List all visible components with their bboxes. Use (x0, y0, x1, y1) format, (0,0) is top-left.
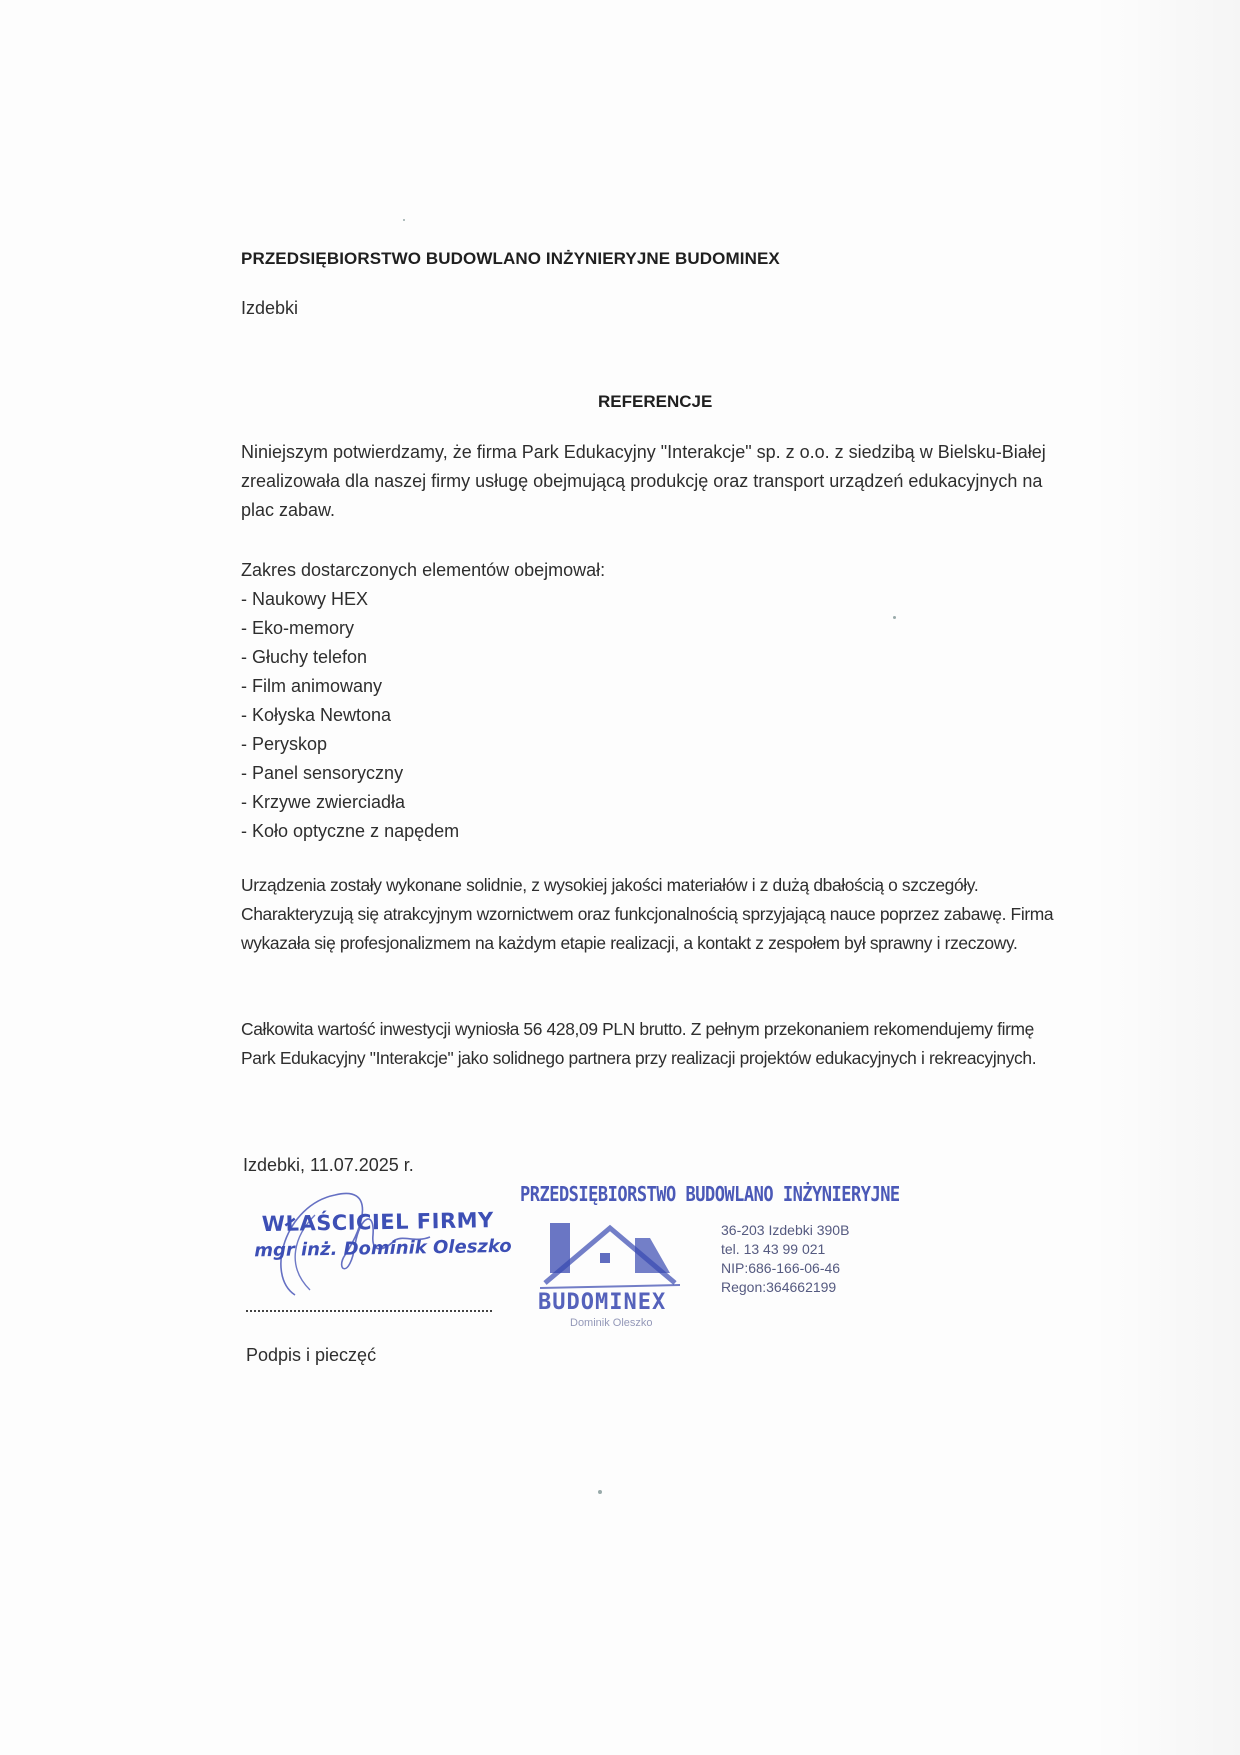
city: Izdebki (241, 298, 298, 319)
intro-paragraph: Niniejszym potwierdzamy, że firma Park E… (241, 438, 1071, 525)
list-item: - Naukowy HEX (241, 585, 459, 614)
scan-speck (598, 1490, 602, 1494)
stamp-name: mgr inż. Dominik Oleszko (254, 1236, 512, 1261)
stamp-company-title: PRZEDSIĘBIORSTWO BUDOWLANO INŻYNIERYJNE (520, 1183, 900, 1207)
stamp-brand: BUDOMINEX (538, 1290, 666, 1315)
stamp-regon: Regon:364662199 (721, 1278, 849, 1297)
stamp-address: 36-203 Izdebki 390B (721, 1221, 849, 1240)
signature-line (246, 1310, 492, 1312)
list-item: - Panel sensoryczny (241, 759, 459, 788)
stamp-owner: Dominik Oleszko (570, 1317, 653, 1329)
list-item: - Peryskop (241, 730, 459, 759)
stamp-details: 36-203 Izdebki 390B tel. 13 43 99 021 NI… (721, 1221, 849, 1297)
house-logo-icon (540, 1213, 680, 1293)
company-header: PRZEDSIĘBIORSTWO BUDOWLANO INŻYNIERYJNE … (241, 249, 780, 269)
stamp-role: WŁAŚCICIEL FIRMY (262, 1208, 512, 1236)
signature-label: Podpis i pieczęć (246, 1345, 376, 1366)
list-item: - Film animowany (241, 672, 459, 701)
value-paragraph: Całkowita wartość inwestycji wyniosła 56… (241, 1015, 1071, 1073)
list-item: - Krzywe zwierciadła (241, 788, 459, 817)
scope-title: Zakres dostarczonych elementów obejmował… (241, 556, 1071, 585)
company-stamp: PRZEDSIĘBIORSTWO BUDOWLANO INŻYNIERYJNE … (520, 1185, 890, 1335)
scan-speck (403, 219, 405, 221)
list-item: - Eko-memory (241, 614, 459, 643)
scan-speck (893, 616, 896, 619)
stamp-phone: tel. 13 43 99 021 (721, 1240, 849, 1259)
place-date: Izdebki, 11.07.2025 r. (243, 1155, 414, 1176)
scope-list: - Naukowy HEX - Eko-memory - Głuchy tele… (241, 585, 459, 846)
quality-paragraph: Urządzenia zostały wykonane solidnie, z … (241, 871, 1071, 958)
list-item: - Głuchy telefon (241, 643, 459, 672)
list-item: - Kołyska Newtona (241, 701, 459, 730)
list-item: - Koło optyczne z napędem (241, 817, 459, 846)
document-title: REFERENCJE (598, 392, 712, 412)
stamp-nip: NIP:686-166-06-46 (721, 1259, 849, 1278)
owner-signature-stamp: WŁAŚCICIEL FIRMY mgr inż. Dominik Oleszk… (262, 1208, 512, 1261)
